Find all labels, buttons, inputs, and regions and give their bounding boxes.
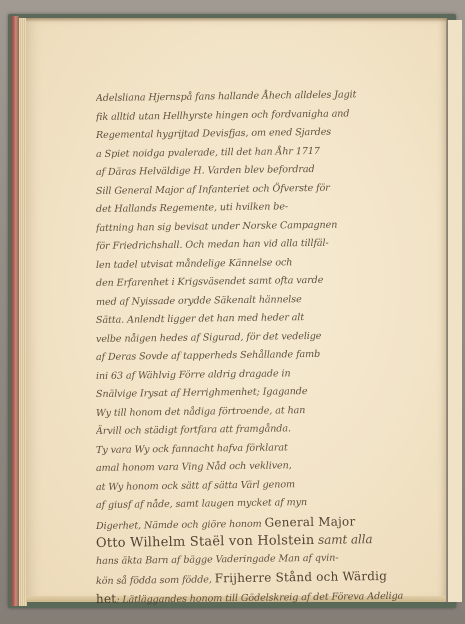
title-baronial-rank: Frijherre Stånd och Wärdig xyxy=(215,569,388,585)
handwritten-text-block: Adelsliana Hjernspå fans hallande Åhech … xyxy=(96,90,436,608)
next-page-edge xyxy=(446,20,462,602)
title-general-major: General Major xyxy=(264,514,355,529)
page-top-shadow xyxy=(26,18,446,22)
book-spine-edge xyxy=(11,16,19,606)
person-name: Otto Wilhelm Staël von Holstein xyxy=(96,533,315,551)
